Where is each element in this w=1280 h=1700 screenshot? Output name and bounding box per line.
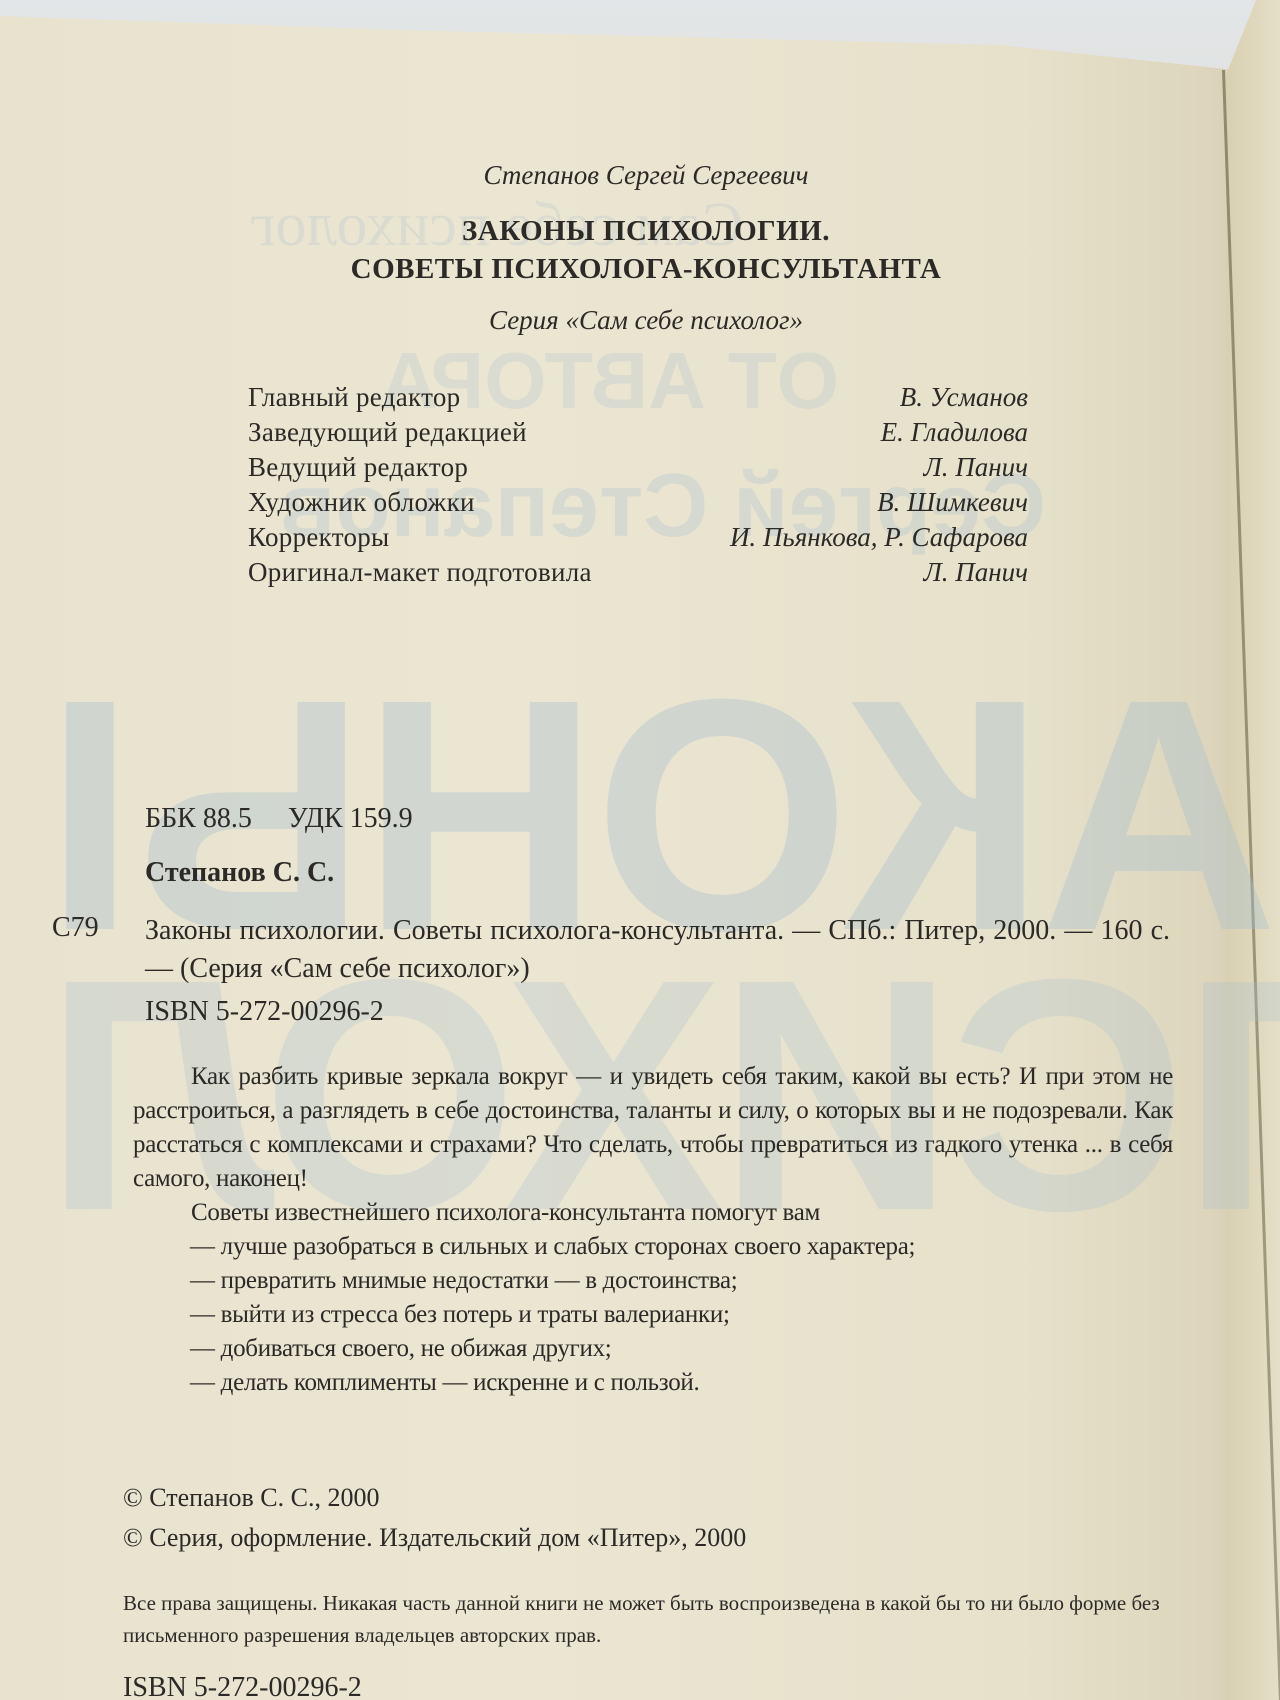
catalog-author: Степанов С. С. bbox=[145, 857, 334, 889]
author-full-name: Степанов Сергей Сергеевич bbox=[6, 160, 1280, 191]
annotation-intro: Как разбить кривые зеркала вокруг — и ув… bbox=[133, 1060, 1173, 1196]
bbk-code: ББК 88.5 bbox=[145, 803, 252, 834]
rights-notice: Все права защищены. Никакая часть данной… bbox=[123, 1587, 1193, 1651]
credit-role: Ведущий редактор bbox=[248, 450, 468, 485]
credit-role: Художник обложки bbox=[248, 485, 475, 520]
credit-row: Главный редакторВ. Усманов bbox=[248, 380, 1028, 415]
copyright-author: © Степанов С. С., 2000 bbox=[123, 1483, 379, 1513]
credit-role: Заведующий редакцией bbox=[248, 415, 527, 450]
credit-name: В. Усманов bbox=[900, 380, 1028, 415]
book-title-line-2: СОВЕТЫ ПСИХОЛОГА-КОНСУЛЬТАНТА bbox=[6, 253, 1280, 286]
credit-row: Оригинал-макет подготовилаЛ. Панич bbox=[248, 555, 1028, 590]
credits-list: Главный редакторВ. Усманов Заведующий ре… bbox=[248, 380, 1028, 590]
series-name: Серия «Сам себе психолог» bbox=[6, 305, 1280, 336]
credit-role: Корректоры bbox=[248, 520, 390, 555]
credit-row: Художник обложкиВ. Шимкевич bbox=[248, 485, 1028, 520]
bibliographic-description: Законы психологии. Советы психолога-конс… bbox=[145, 912, 1170, 988]
credit-row: Заведующий редакциейЕ. Гладилова bbox=[248, 415, 1028, 450]
annotation-item: — выйти из стресса без потерь и траты ва… bbox=[190, 1298, 1173, 1332]
credit-role: Оригинал-макет подготовила bbox=[248, 555, 592, 590]
author-sign-code: С79 bbox=[52, 912, 99, 944]
credit-name: Л. Панич bbox=[923, 450, 1028, 485]
annotation-item: — делать комплименты — искренне и с поль… bbox=[190, 1366, 1173, 1400]
annotation: Как разбить кривые зеркала вокруг — и ув… bbox=[133, 1060, 1173, 1400]
credit-row: КорректорыИ. Пьянкова, Р. Сафарова bbox=[248, 520, 1028, 555]
credit-role: Главный редактор bbox=[248, 380, 460, 415]
book-title-line-1: ЗАКОНЫ ПСИХОЛОГИИ. bbox=[6, 215, 1280, 248]
copyright-publisher: © Серия, оформление. Издательский дом «П… bbox=[123, 1523, 746, 1553]
annotation-item: — превратить мнимые недостатки — в досто… bbox=[190, 1264, 1173, 1298]
annotation-item: — добиваться своего, не обижая других; bbox=[190, 1332, 1173, 1366]
classification-codes: ББК 88.5УДК 159.9 bbox=[145, 803, 413, 835]
credit-name: Е. Гладилова bbox=[881, 415, 1028, 450]
annotation-item: — лучше разобраться в сильных и слабых с… bbox=[190, 1230, 1173, 1264]
annotation-list: — лучше разобраться в сильных и слабых с… bbox=[133, 1230, 1173, 1400]
isbn-bottom: ISBN 5-272-00296-2 bbox=[123, 1672, 362, 1700]
credit-name: В. Шимкевич bbox=[877, 485, 1028, 520]
udk-code: УДК 159.9 bbox=[288, 803, 413, 834]
credit-name: Л. Панич bbox=[923, 555, 1028, 590]
isbn-catalog: ISBN 5-272-00296-2 bbox=[145, 996, 384, 1028]
annotation-lead: Советы известнейшего психолога-консульта… bbox=[133, 1196, 1173, 1230]
credit-row: Ведущий редакторЛ. Панич bbox=[248, 450, 1028, 485]
credit-name: И. Пьянкова, Р. Сафарова bbox=[730, 520, 1028, 555]
